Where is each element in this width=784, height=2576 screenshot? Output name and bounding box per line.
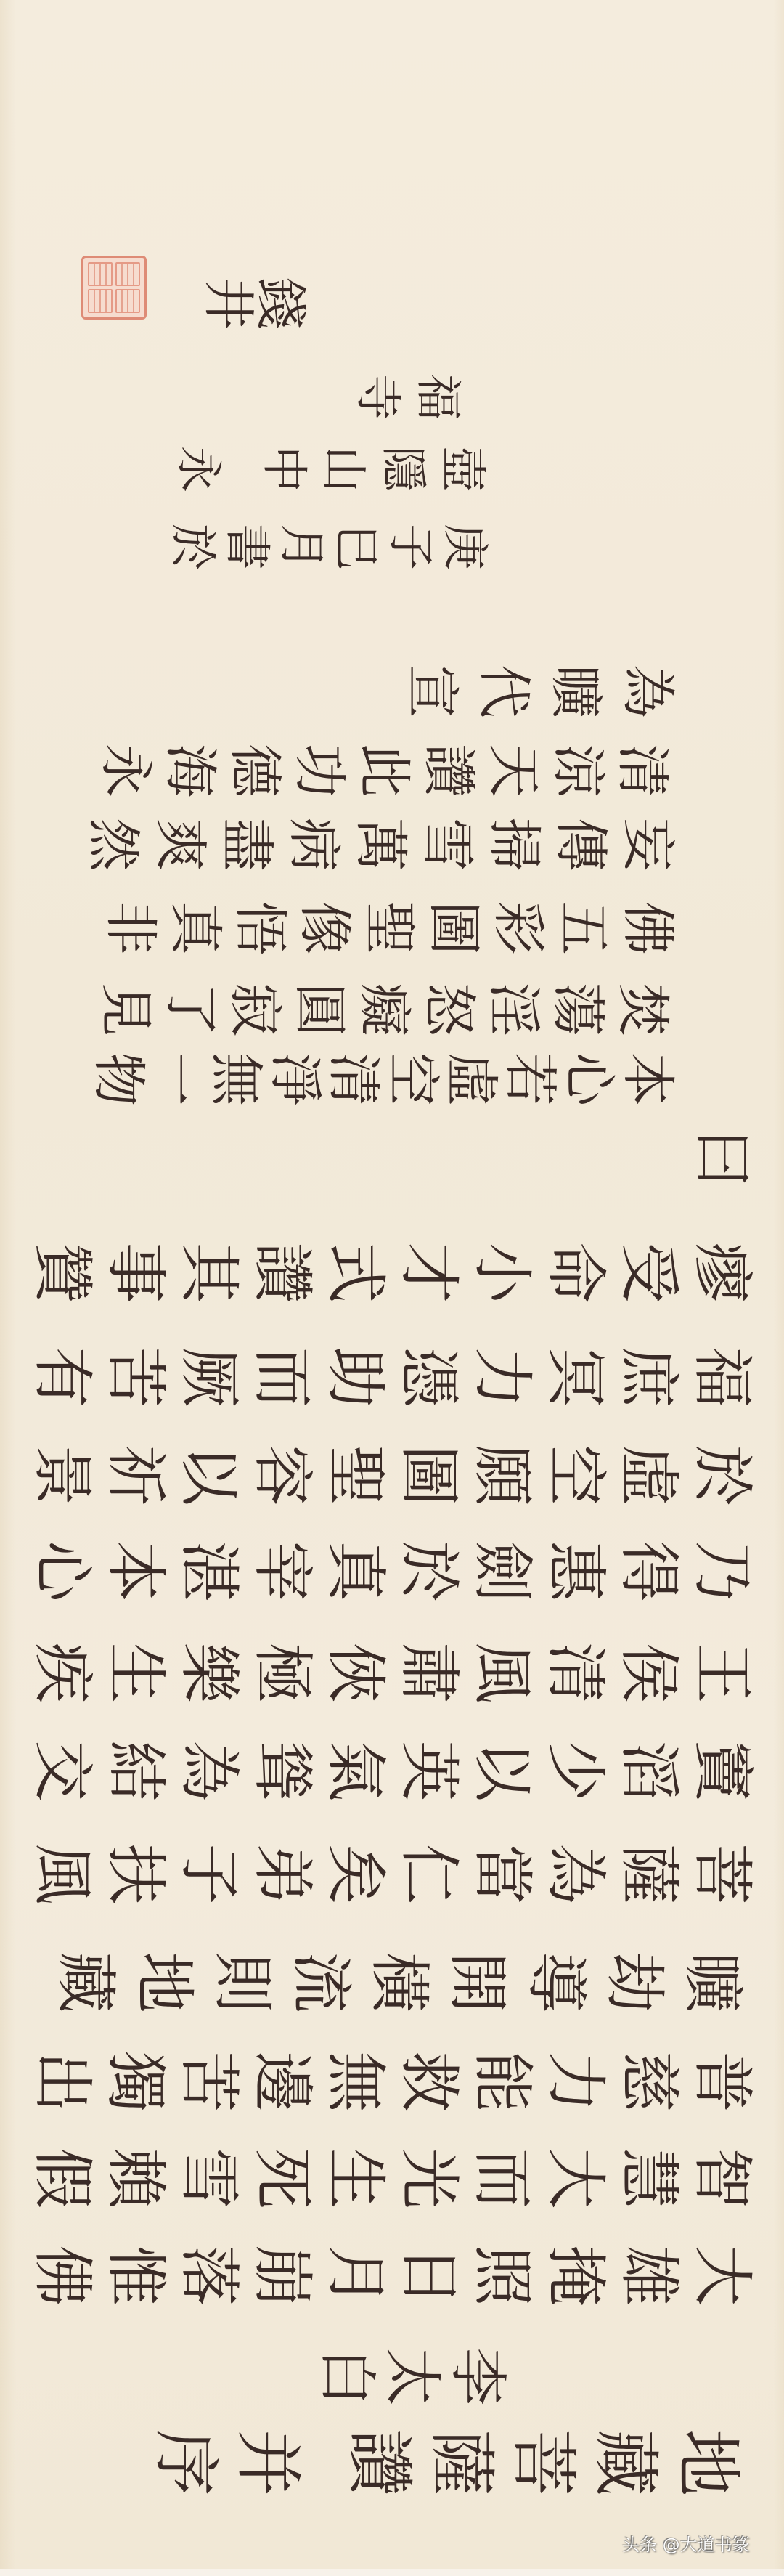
seal-glyph [115, 262, 140, 286]
inscription-line: 壺隱山中 [250, 442, 488, 488]
author-name: 李太白 [313, 2342, 509, 2400]
preface-line: 竇滔少以英氣聳為結交 [22, 1736, 755, 1797]
preface-line: 瘳受命小才式讚其事贊 [22, 1238, 755, 1299]
watermark: 头条 @大道书篆 [622, 2535, 750, 2555]
signature: 錢井 [204, 273, 309, 325]
verse-line: 焚蕩淫怒癡圓寂了見 [90, 978, 671, 1032]
calligraphy-scroll: 地藏菩薩讚 并序 李太白 大雄掩照日月崩落惟佛 智慧大而光生死雪賴假 普慈力能救… [0, 0, 784, 2576]
verse-line: 妄傳掃雪萬病盡爽然 [75, 813, 677, 867]
inscription-line: 福寺 [343, 370, 463, 416]
preface-line: 王侯清風肅俠極樂生疾 [22, 1638, 755, 1699]
preface-line: 於虛空願圖聖容以祈景 [22, 1440, 755, 1501]
red-seal-stamp [81, 256, 147, 320]
inscription-line: 庚子巳月書於 [163, 519, 490, 566]
preface-line: 普慈力能救無邊苦獨出 [22, 2047, 755, 2108]
verse-line: 清涼天讚此功德海永 [90, 739, 671, 793]
seal-glyph [115, 289, 140, 313]
preface-line: 福庶冥力憑助而厥苦有 [22, 1342, 755, 1403]
preface-line: 乃得惠劍於真宰湛本心 [22, 1536, 755, 1597]
seal-glyph [88, 289, 113, 313]
verse-line: 佛五彩圖聖像悟真非 [95, 897, 677, 951]
inscription-line-end: 永 [177, 442, 224, 488]
verse-line: 為曠代宣 [389, 660, 677, 714]
preface-line: 智慧大而光生死雪賴假 [22, 2143, 755, 2204]
title-suffix: 并序 [139, 2423, 303, 2490]
preface-line: 菩薩為當仁矣弟子扶風 [22, 1839, 755, 1900]
zan-label: 曰 [682, 1123, 755, 1184]
preface-line: 大雄掩照日月崩落惟佛 [22, 2240, 755, 2301]
seal-glyph [88, 262, 113, 286]
verse-line: 本心若虛空清淨無一物 [89, 1048, 677, 1102]
preface-line: 曠劫導開橫流則地藏 [40, 1947, 746, 2008]
title-main: 地藏菩薩讚 [333, 2423, 743, 2490]
